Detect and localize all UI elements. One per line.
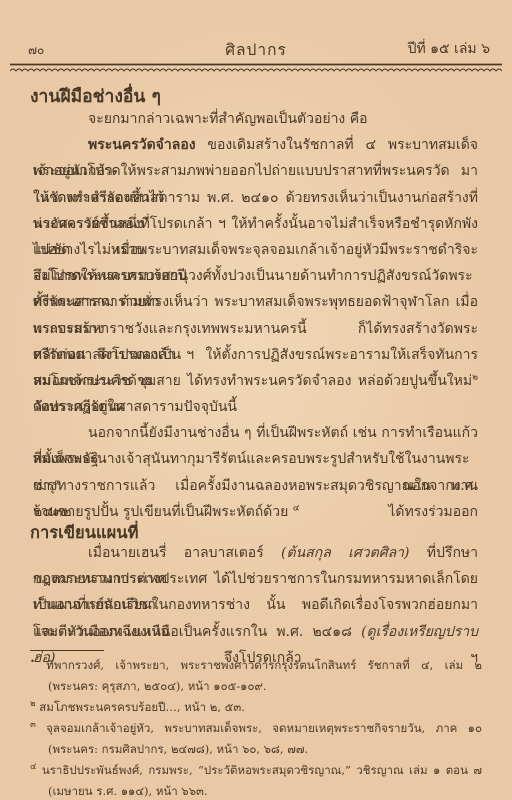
body-text-mapmaking: เมื่อนายเฮนรี่ อาลบาสเตอร์ (ต้นสกุล เศวต… [33,540,478,645]
page-header: ๗๐ ศิลปากร ปีที่ ๑๕ เล่ม ๖ [0,36,512,60]
text-segment: (ต้นสกุล เศวตศิลา) [281,545,409,561]
text-line: จึงโปรดให้พระบรมวงศานุวงศ์ทั้งปวงเป็นนาย… [33,263,478,289]
text-line: พระนครวัดจำลองที่โปรดเกล้า ฯ ให้ทำครั้งน… [33,211,478,237]
text-segment: ทิพากรวงศ์, เจ้าพระยา, พระราชพงศาวดารกรุ… [35,658,482,693]
issue-label: ปีที่ ๑๕ เล่ม ๖ [408,38,490,60]
header-rule [10,63,502,75]
text-segment: สมโภชพระนครครบร้อยปี…, หน้า ๒, ๕๓. [36,700,245,714]
text-segment: จะยกมากล่าวเฉพาะที่สำคัญพอเป็นตัวอย่าง ค… [88,111,368,127]
text-line: หลักก่อน จึงโปรดเกล้า ฯ ให้ตั้งการปฏิสัง… [33,342,478,368]
footnote-line: • ทิพากรวงศ์, เจ้าพระยา, พระราชพงศาวดารก… [30,655,482,697]
header-rule-wave [10,69,502,71]
text-line: เมื่อนายเฮนรี่ อาลบาสเตอร์ (ต้นสกุล เศวต… [33,540,478,566]
text-line: นอกจากนี้ยังมีงานช่างอื่น ๆ ที่เป็นฝีพระ… [33,420,478,446]
text-line: ทำแผนที่แก่นักเรียนในกองทหารช่าง นั้น พอ… [33,592,478,618]
text-segment: เมื่อนายเฮนรี่ อาลบาสเตอร์ [88,545,281,561]
text-line: พระบรมมหาราชวังและกรุงเทพพระมหานครนี้ ก็… [33,316,478,342]
text-line: แน่ชัด เมื่อพระบาทสมเด็จพระจุลจอมเกล้าเจ… [33,237,478,263]
text-line: จะยกมากล่าวเฉพาะที่สำคัญพอเป็นตัวอย่าง ค… [33,106,478,132]
footnote-line: ๔ นราธิปประพันธ์พงศ์, กรมพระ, “ประวัติหอ… [30,760,482,800]
text-segment: วัดพระศรีรัตนศาสดารามปัจจุบันนี้ [33,399,237,415]
footnote-marker: ๒ [472,372,478,382]
footnote-line: ๒ สมโภชพระนครครบร้อยปี…, หน้า ๒, ๕๓. [30,697,482,718]
text-line: สมเด็จพระนางเจ้าสุนันทากุมารีรัตน์และครอ… [33,446,478,472]
text-segment: นราธิปประพันธ์พงศ์, กรมพระ, “ประวัติหอพร… [36,763,482,798]
footnotes: • ทิพากรวงศ์, เจ้าพระยา, พระราชพงศาวดารก… [30,655,482,800]
text-line: ช่างทางราชการแล้ว เมื่อครั้งมีงานฉลองหอพ… [33,473,478,499]
body-text-handicrafts: จะยกมากล่าวเฉพาะที่สำคัญพอเป็นตัวอย่าง ค… [33,106,478,525]
text-line: ทั้งพระอาราม ด้วยทรงเห็นว่า พระบาทสมเด็จ… [33,289,478,315]
text-segment: พระนครวัดจำลอง [88,137,196,153]
text-segment: และตะวันออกเฉียงเหนือเป็นครั้งแรกใน พ.ศ.… [33,624,361,640]
text-segment: จุลจอมเกล้าเจ้าอยู่หัว, พระบาทสมเด็จพระ,… [36,721,482,756]
text-line: ของกระทรวงการต่างประเทศ ได้ไปช่วยราชการใ… [33,566,478,592]
text-line: พระนครวัดจำลอง ของเดิมสร้างในรัชกาลที่ ๔… [33,132,478,158]
footnote-line: ๓ จุลจอมเกล้าเจ้าอยู่หัว, พระบาทสมเด็จพร… [30,718,482,760]
footnote-marker: ๔ [293,503,300,513]
text-line: หม่อมเจ้าประวิช ชุมสาย ได้ทรงทำพระนครวัด… [33,368,478,394]
text-segment: หม่อมเจ้าประวิช ชุมสาย ได้ทรงทำพระนครวัด… [33,373,472,389]
text-line: และตะวันออกเฉียงเหนือเป็นครั้งแรกใน พ.ศ.… [33,619,478,645]
text-line: ในวัดพระศรีรัตนศาสดาราม พ.ศ. ๒๔๑๐ ด้วยทร… [33,185,478,211]
scanned-journal-page: ๗๐ ศิลปากร ปีที่ ๑๕ เล่ม ๖ งานฝีมือช่างอ… [0,0,512,800]
text-line: เจ้าอยู่หัวโปรดให้พระสามภพพ่ายออกไปถ่ายแ… [33,158,478,184]
text-line: วัดพระศรีรัตนศาสดารามปัจจุบันนี้ [33,394,478,420]
text-segment: ร้านขายรูปปั้น รูปเขียนที่เป็นฝีพระหัตถ์… [33,504,293,520]
footnote-separator [30,650,104,651]
